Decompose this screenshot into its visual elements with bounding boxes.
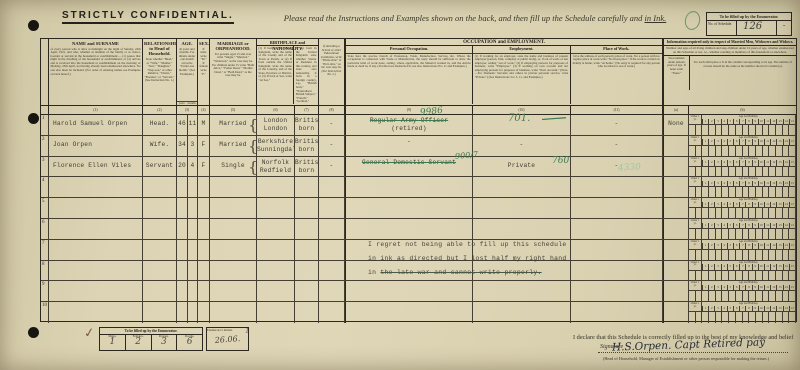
age-cross-box [696,250,703,260]
age-cross-box [736,208,743,218]
age-years-cell [177,302,188,323]
age-cross-box [743,271,750,281]
birthplace-cell [257,219,295,239]
col-number: (5) [210,106,257,114]
employment-code-row3: 760 [552,156,569,166]
age-cross-box [696,125,703,135]
age-cross-box [716,167,723,177]
marriage-cell [210,281,257,301]
birthplace-nationality-group-header: BIRTHPLACE and NATIONALITY. (1) If born … [257,39,319,105]
marriage-cell [210,177,257,197]
age-cross-box [696,208,703,218]
under-one-year-label: Under 1 yr. [689,136,702,145]
age-cross-box [689,312,696,323]
marriage-cell: Married{ [210,115,257,135]
name-cell [49,240,143,260]
birthplace-cell [257,261,295,281]
age-cross-box [702,208,709,218]
age-column-instructions: In years and months. For infants under o… [177,47,197,77]
age-number: 15 [789,264,795,269]
name-column-title: NAME and SURNAME [49,39,142,47]
hole-punch-icon [28,20,39,31]
relationship-column-header: RELATIONSHIP to Head of Household. State… [143,39,177,105]
age-cross-box [769,146,776,156]
age-cross-box [722,312,729,323]
name-cell [49,198,143,218]
age-cross-box [776,312,783,323]
age-months-cell [188,198,198,218]
age-months-cell [188,240,198,260]
summary-value: 3 [152,338,177,347]
marriage-cell: Single{ [210,157,257,177]
table-row: 4Under 1 yr.Age last Birthday.1234567891… [41,177,796,198]
children-total-cell [663,198,689,218]
age-cross-box [709,125,716,135]
age-cross-box [702,250,709,260]
age-cross-box [789,187,795,197]
age-cross-box [722,229,729,239]
education-cell: - [319,157,345,177]
age-grid-cell: Under 1 yr.Age last Birthday.12345678910… [689,261,796,281]
age-grid-cell: Under 1 yr.Age last Birthday.12345678910… [689,302,796,323]
name-cell [49,302,143,323]
age-grid-cell: Under 1 yr.Age last Birthday.12345678910… [689,198,796,218]
birthplace-cell [257,281,295,301]
marriage-cell [210,240,257,260]
education-cell [319,240,345,260]
birthplace-cell: NorfolkRedfield [257,157,295,177]
row-number: 7 [41,240,49,260]
children-total-cell [663,261,689,281]
row-number-column-header [41,39,49,105]
relationship-cell [143,302,177,323]
age-cross-box [749,291,756,301]
age-cross-box [696,291,703,301]
age-cross-box [736,187,743,197]
name-column-instructions: of every person who is alive at midnight… [49,47,142,77]
birthplace-cell [257,302,295,323]
age-cross-box [756,125,763,135]
age-cross-box [709,250,716,260]
employment-cell [473,281,571,301]
age-cross-box [756,229,763,239]
education-cell [319,177,345,197]
birthplace-cell: BerkshireSunningdale [257,136,295,156]
age-cross-box [716,312,723,323]
age-cross-box [743,167,750,177]
age-grid-cell: Under 1 yr.Age last Birthday.12345678910… [689,219,796,239]
education-cell: - [319,136,345,156]
age-cross-box [722,291,729,301]
name-cell: Harold Samuel Orpen [49,115,143,135]
employment-cell: - [473,136,571,156]
sex-cell [198,281,210,301]
age-years-label: years. [177,101,187,105]
age-cross-box [763,208,770,218]
relationship-cell: Servant [143,157,177,177]
occupation-cell: Regular Army Officer(retired) [345,115,473,135]
age-cross-box [749,208,756,218]
relationship-cell [143,240,177,260]
age-cross-box [716,250,723,260]
relationship-cell [143,198,177,218]
nationality-cell [295,302,319,323]
age-cross-box [776,125,783,135]
occupation-cell [345,177,473,197]
schedule-number-box: To be filled up by the Enumerator. No. o… [706,12,792,36]
age-cross-box [769,250,776,260]
nationality-cell [295,281,319,301]
age-cross-box [716,229,723,239]
age-cross-box [789,250,795,260]
age-cross-box [769,167,776,177]
age-cross-box [789,291,795,301]
children-total-cell [663,219,689,239]
age-cross-box [743,146,750,156]
under-one-year-label: Under 1 yr. [689,115,702,124]
occupation-cell [345,198,473,218]
marriage-cell [210,261,257,281]
age-cross-box [702,291,709,301]
age-months-label: months. [187,101,197,105]
place-of-work-cell [571,177,663,197]
row-number: 1 [41,115,49,135]
children-total-cell: None [663,115,689,135]
age-cross-box [709,312,716,323]
occupation-cell [345,219,473,239]
education-cell [319,219,345,239]
children-total-cell [663,157,689,177]
row-number: 5 [41,198,49,218]
age-cross-box [783,250,790,260]
nationality-cell: Britishborn [295,115,319,135]
age-cross-box [729,125,736,135]
age-cross-box [776,167,783,177]
age-cross-box [689,208,696,218]
age-cross-box [743,229,750,239]
age-cross-box [716,125,723,135]
age-cross-box [689,146,696,156]
children-grid-instructions: For each child place a X in the column c… [690,56,796,69]
table-row: 6Under 1 yr.Age last Birthday.1234567891… [41,219,796,240]
age-column-header: AGE. In years and months. For infants un… [177,39,198,105]
col-number: (9) [345,106,473,114]
age-cross-box [702,146,709,156]
marriage-column-title: MARRIAGE or ORPHANHOOD. [210,39,256,52]
age-months-cell: 3 [188,136,198,156]
name-cell [49,261,143,281]
row-number: 10 [41,302,49,323]
under-one-year-label: Under 1 yr. [689,219,702,228]
age-cross-box [729,146,736,156]
age-cross-box [783,229,790,239]
age-grid-cell: Under 1 yr.Age last Birthday.12345678910… [689,115,796,135]
age-cross-box [769,187,776,197]
age-cross-box [736,125,743,135]
place-of-work-cell: - [571,136,663,156]
children-total-cell [663,240,689,260]
age-cross-box [769,271,776,281]
col-number: (2) [143,106,177,114]
nationality-cell [295,198,319,218]
age-cross-box [756,146,763,156]
age-cross-box [789,229,795,239]
age-cross-box [702,167,709,177]
col-number: (1) [49,106,143,114]
age-cross-box [763,146,770,156]
marriage-cell [210,219,257,239]
birthplace-cell [257,177,295,197]
age-grid-cell: Under 1 yr.Age last Birthday.12345678910… [689,240,796,260]
sex-cell: M [198,115,210,135]
schedule-number-value: 126 [737,21,777,36]
row-number: 9 [41,281,49,301]
summary-value: 6 [177,338,202,347]
sex-cell [198,219,210,239]
col-number: (b) [689,106,796,114]
age-years-cell [177,219,188,239]
age-cross-box [722,167,729,177]
age-number: 15 [789,139,795,144]
under-one-year-label: Under 1 yr. [689,198,702,207]
employment-cell [473,302,571,323]
education-cell [319,261,345,281]
occupation-cell: General Domestic Servant [345,157,473,177]
enumerator-summary-box: To be filled up by the Enumerator. Males… [99,327,203,351]
occupation-employment-group-header: OCCUPATION and EMPLOYMENT. Personal Occu… [345,39,663,105]
instruction-text: Please read the Instructions and Example… [284,13,645,23]
sex-column-header: SEX. If male write "M." If female write … [198,39,210,105]
age-sub-labels: years.months. [177,101,197,105]
education-cell [319,198,345,218]
age-cross-box [709,291,716,301]
age-cross-box [756,250,763,260]
age-cross-box [696,271,703,281]
enumerator-initials-box: Enumerator's Initials. 26.06. [206,327,249,351]
age-cross-box [763,250,770,260]
age-cross-box [729,229,736,239]
check-mark: ✓ [83,325,96,341]
typed-apology-note: I regret not being able to fill up this … [368,238,566,280]
age-years-cell [177,281,188,301]
row-number: 2 [41,136,49,156]
education-cell: - [319,115,345,135]
age-cross-box [709,146,716,156]
sex-cell [198,198,210,218]
col-number: (6) [257,106,295,114]
age-cross-box [736,291,743,301]
place-of-work-cell [571,240,663,260]
relationship-column-title: RELATIONSHIP to Head of Household. [143,39,176,57]
place-of-work-cell: - [571,115,663,135]
employment-cell [473,219,571,239]
age-cross-box [769,208,776,218]
age-cross-box [789,271,795,281]
relationship-column-instructions: State whether "Head," or "Wife," "Mother… [143,57,176,84]
age-cross-box [749,271,756,281]
age-cross-box [689,229,696,239]
table-header: NAME and SURNAME of every person who is … [41,39,796,106]
place-of-work-title: Place of Work. [571,46,662,54]
age-years-cell: 20 [177,157,188,177]
age-number: 15 [789,243,795,248]
instruction-in-ink: in Ink. [645,13,667,23]
age-cross-box [722,125,729,135]
age-cross-box [776,146,783,156]
sex-cell [198,261,210,281]
age-cross-box [789,125,795,135]
name-cell [49,281,143,301]
age-cross-box [783,146,790,156]
age-cross-box [702,229,709,239]
sex-cell: F [198,136,210,156]
nationality-cell [295,177,319,197]
sex-cell: F [198,157,210,177]
age-cross-box [689,167,696,177]
summary-column: Rooms.6 [177,335,202,350]
age-cross-box [716,187,723,197]
under-one-year-label: Under 1 yr. [689,240,702,249]
hole-punch-icon [28,113,39,124]
age-cross-box [696,187,703,197]
under-one-year-label: Under 1 yr. [689,281,702,290]
age-column-title: AGE. [177,39,197,47]
marriage-cell [210,198,257,218]
education-cell [319,302,345,323]
instruction-line: Please read the Instructions and Example… [250,13,700,23]
children-total-cell [663,177,689,197]
table-row: 5Under 1 yr.Age last Birthday.1234567891… [41,198,796,219]
age-cross-box [776,229,783,239]
age-cross-box [776,271,783,281]
age-cross-box [696,312,703,323]
name-column-header: NAME and SURNAME of every person who is … [49,39,143,105]
row-number: 4 [41,177,49,197]
age-cross-box [756,291,763,301]
age-cross-box [736,229,743,239]
nationality-cell [295,219,319,239]
age-years-cell [177,240,188,260]
age-cross-box [756,208,763,218]
place-of-work-cell [571,198,663,218]
age-months-cell [188,302,198,323]
age-cross-box [722,146,729,156]
age-cross-box [763,125,770,135]
brace-mark: { [248,137,257,155]
occupation-cell [345,302,473,323]
age-number: 15 [789,160,795,165]
under-one-year-label: Under 1 yr. [689,177,702,186]
place-of-work-instructions: Give the address of each person's place … [571,54,662,70]
nationality-cell: Britishborn [295,157,319,177]
summary-value: 1 [100,338,125,347]
age-cross-box [743,312,750,323]
age-cross-box [689,291,696,301]
row-number: 8 [41,261,49,281]
name-cell [49,177,143,197]
employment-scribble-row1: ——— [542,113,567,124]
place-of-work-cell [571,281,663,301]
age-cross-box [749,229,756,239]
table-row: 10Under 1 yr.Age last Birthday.123456789… [41,302,796,323]
age-cross-box [722,208,729,218]
age-cross-box [702,271,709,281]
note-line: in the late war and cannot write properl… [368,266,566,280]
age-cross-box [783,271,790,281]
under-one-year-label: Under 1 yr. [689,261,702,270]
age-cross-box [763,167,770,177]
age-number: 15 [789,202,795,207]
age-cross-box [702,312,709,323]
age-cross-box [709,187,716,197]
occupation-group-title: OCCUPATION and EMPLOYMENT. [346,39,662,46]
personal-occupation-instructions: State here the precise branch of Profess… [346,54,472,70]
birthplace-cell [257,240,295,260]
sex-cell [198,177,210,197]
age-cross-box [689,250,696,260]
employment-cell [473,177,571,197]
under-one-year-label: Under 1 yr. [689,157,702,166]
age-cross-box [729,271,736,281]
age-cross-box [709,208,716,218]
age-cross-box [749,312,756,323]
sex-cell [198,302,210,323]
relationship-cell: Wife. [143,136,177,156]
table-row: 1Harold Samuel OrpenHead.4611MMarried{Lo… [41,115,796,136]
age-months-cell [188,281,198,301]
col-number: (a) [663,106,689,114]
nationality-column-instructions: If not born in the United Kingdom state … [294,46,318,104]
age-cross-box [736,312,743,323]
confidential-heading: STRICTLY CONFIDENTIAL. [62,10,234,24]
age-cross-box [689,187,696,197]
place-of-work-cell [571,302,663,323]
enumerator-initials-value: 26.06. [207,334,249,346]
nationality-cell [295,240,319,260]
age-years-cell [177,198,188,218]
employment-cell [473,198,571,218]
schedule-number-box-title: To be filled up by the Enumerator. [707,13,791,21]
age-cross-box [776,208,783,218]
age-grid-cell: Under 1 yr.Age last Birthday.12345678910… [689,136,796,156]
nationality-cell: Britishborn [295,136,319,156]
children-total-cell [663,136,689,156]
marriage-cell: Married{ [210,136,257,156]
brace-mark: { [248,158,257,176]
employment-instructions: (1) If working for an employer, state th… [473,54,569,81]
age-cross-box [722,271,729,281]
birthplace-column-instructions: (1) If born in the United Kingdom, write… [257,46,293,83]
children-total-cell [663,302,689,323]
table-row: 9Under 1 yr.Age last Birthday.1234567891… [41,281,796,302]
age-number: 15 [789,223,795,228]
age-months-cell: 4 [188,157,198,177]
age-cross-box [729,208,736,218]
marriage-column-header: MARRIAGE or ORPHANHOOD. For persons aged… [210,39,257,105]
age-cross-box [783,167,790,177]
age-cross-box [736,146,743,156]
age-cross-box [743,208,750,218]
age-cross-box [789,146,795,156]
age-cross-box [783,187,790,197]
col-number: (8) [319,106,345,114]
age-cross-box [749,250,756,260]
sex-column-instructions: If male write "M." If female write "F." [198,47,209,77]
note-line: I regret not being able to fill up this … [368,238,566,252]
nationality-cell [295,261,319,281]
age-cross-box [763,312,770,323]
age-cross-box [763,291,770,301]
